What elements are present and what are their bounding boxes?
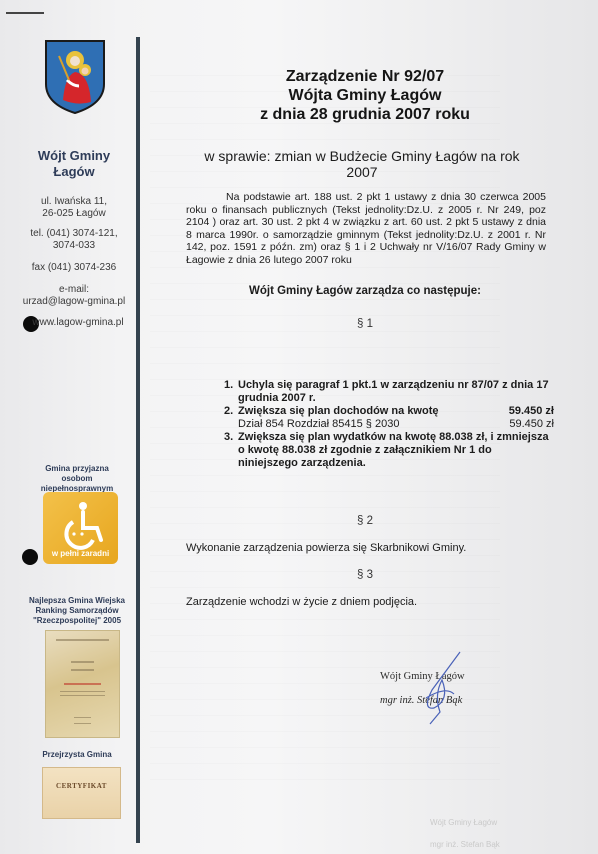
punch-hole [22,549,38,565]
income-amount: 59.450 zł [509,405,554,418]
list-item: 3. Zwiększa się plan wydatków na kwotę 8… [224,431,554,470]
certificate-image: CERTYFIKAT [42,767,121,819]
email-link[interactable]: urzad@lagow-gmina.pl [10,296,138,308]
section-2-text: Wykonanie zarządzenia powierza się Skarb… [186,542,566,554]
section-3-heading: § 3 [190,569,540,581]
org-name: Wójt Gminy Łagów [20,148,128,180]
signature-scribble-icon [412,650,472,725]
section-1-heading: § 1 [190,318,540,330]
section-3-text: Zarządzenie wchodzi w życie z dniem podj… [186,596,566,608]
legal-basis-paragraph: Na podstawie art. 188 ust. 2 pkt 1 ustaw… [186,191,546,267]
award-diploma-image [45,630,120,738]
coat-of-arms-icon [45,40,105,114]
document-title: Zarządzenie Nr 92/07 Wójta Gminy Łagów z… [190,67,540,124]
address: ul. Iwańska 11,26-025 Łagów [10,196,138,220]
corner-mark [6,12,44,14]
bleed-through-text: Wójt Gminy Łagów mgr inż. Stefan Bąk [430,812,550,854]
list-item: 1. Uchyla się paragraf 1 pkt.1 w zarządz… [224,379,554,405]
decree-heading: Wójt Gminy Łagów zarządza co następuje: [190,285,540,297]
award-badge-title: Najlepsza Gmina Wiejska Ranking Samorząd… [22,596,132,626]
transparent-badge-title: Przejrzysta Gmina [22,750,132,760]
disability-badge: w pełni zaradni [43,492,118,564]
website-link[interactable]: www.lagow-gmina.pl [14,317,142,329]
income-sub-amount: 59.450 zł [509,418,554,431]
email-block: e-mail: urzad@lagow-gmina.pl [10,284,138,308]
document-subject: w sprawie: zmian w Budżecie Gminy Łagów … [172,148,552,180]
list-item: 2. Zwiększa się plan dochodów na kwotę59… [224,405,554,431]
section-1-items: 1. Uchyla się paragraf 1 pkt.1 w zarządz… [224,379,554,470]
disability-badge-title: Gmina przyjazna osobom niepełnosprawnym [22,464,132,494]
sidebar-divider [136,37,140,843]
phone: tel. (041) 3074-121,3074-033 [10,228,138,252]
section-2-heading: § 2 [190,515,540,527]
fax: fax (041) 3074-236 [10,262,138,274]
